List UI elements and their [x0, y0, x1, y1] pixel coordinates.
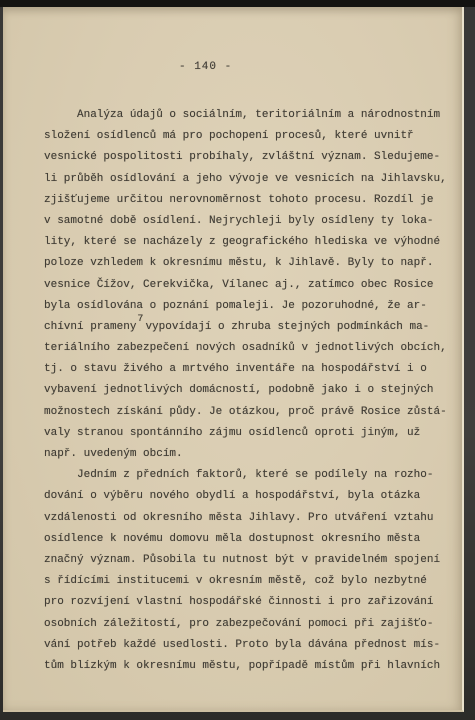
text-line: dování o výběru nového obydlí a hospodář…	[44, 486, 456, 507]
text-line: byla osídlována o poznání pomaleji. Je p…	[44, 296, 456, 317]
text-line: např. uvedeným obcím.	[44, 444, 456, 465]
text-line: chívní prameny7vypovídají o zhruba stejn…	[44, 317, 456, 338]
text-line: Analýza údajů o sociálním, teritoriálním…	[44, 105, 456, 126]
text-line: poloze vzhledem k okresnímu městu, k Jih…	[44, 253, 456, 274]
text-line: vzdálenosti od okresního města Jihlavy. …	[44, 508, 456, 529]
text-line: tům blízkým k okresnímu městu, popřípadě…	[44, 656, 456, 677]
scan-background-top-edge	[0, 0, 475, 7]
text-line: s řídícími institucemi v okresním městě,…	[44, 571, 456, 592]
text-line-segment: vypovídají o zhruba stejných podmínkách …	[145, 321, 429, 333]
page-number: - 140 -	[179, 61, 232, 73]
scanned-page-photo: - 140 - Analýza údajů o sociálním, terit…	[0, 0, 475, 720]
text-line: vesnické pospolitosti probíhaly, zvláštn…	[44, 147, 456, 168]
text-line: zjišťujeme určitou nerovnoměrnost tohoto…	[44, 190, 456, 211]
text-line: značný význam. Působila tu nutnost být v…	[44, 550, 456, 571]
text-line: osobních záležitostí, pro zabezpečování …	[44, 614, 456, 635]
text-line-segment: chívní prameny	[44, 321, 136, 333]
text-line: pro rozvíjení vlastní hospodářské činnos…	[44, 592, 456, 613]
text-line: li průběh osídlování a jeho vývoje ve ve…	[44, 169, 456, 190]
body-text-block: Analýza údajů o sociálním, teritoriálním…	[44, 105, 456, 677]
text-line: teriálního zabezpečení nových osadníků v…	[44, 338, 456, 359]
text-line: Jedním z předních faktorů, které se podí…	[44, 465, 456, 486]
document-page: - 140 - Analýza údajů o sociálním, terit…	[3, 7, 464, 712]
text-line: vesnice Čížov, Cerekvička, Vílanec aj., …	[44, 275, 456, 296]
text-line: vání potřeb každé usedlosti. Proto byla …	[44, 635, 456, 656]
text-line: možnostech získání půdy. Je otázkou, pro…	[44, 402, 456, 423]
text-line: osídlence k novému domovu měla dostupnos…	[44, 529, 456, 550]
text-line: v samotné době osídlení. Nejrychleji byl…	[44, 211, 456, 232]
text-line: valy stranou spontánního zájmu osídlenců…	[44, 423, 456, 444]
text-line: lity, které se nacházely z geografického…	[44, 232, 456, 253]
footnote-reference: 7	[137, 314, 143, 325]
text-line: složení osídlenců má pro pochopení proce…	[44, 126, 456, 147]
text-line: tj. o stavu živého a mrtvého inventáře n…	[44, 359, 456, 380]
text-line: vybavení jednotlivých domácností, podobn…	[44, 380, 456, 401]
